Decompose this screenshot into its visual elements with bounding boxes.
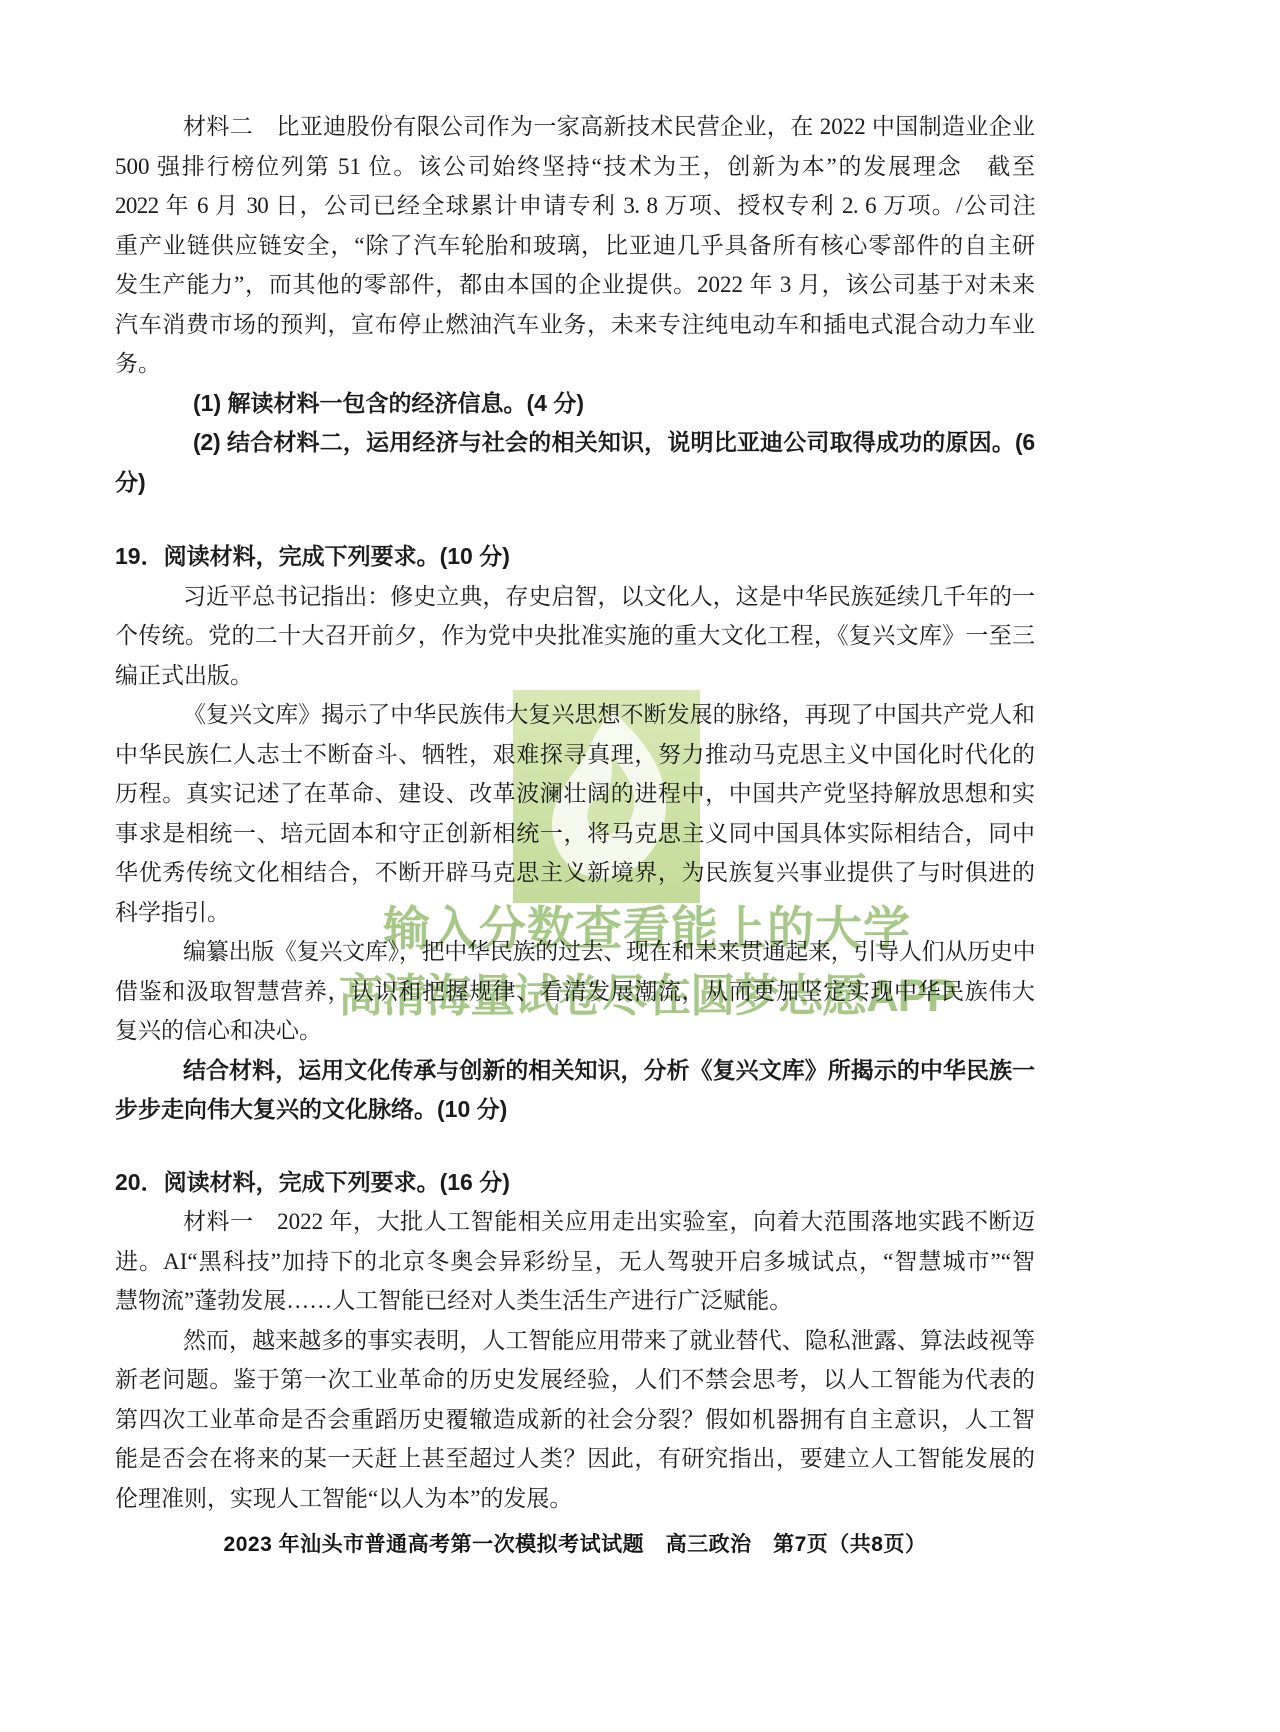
question-20-line: 慧物流”蓬勃发展……人工智能已经对人类生活生产进行广泛赋能。	[115, 1281, 1035, 1321]
question-20-line: 新老问题。鉴于第一次工业革命的历史发展经验，人们不禁会思考，以人工智能为代表的	[115, 1360, 1035, 1400]
question-19-line: 中华民族仁人志士不断奋斗、牺牲，艰难探寻真理，努力推动马克思主义中国化时代化的	[115, 735, 1035, 775]
question-19-line: 习近平总书记指出：修史立典，存史启智，以文化人，这是中华民族延续几千年的一	[115, 577, 1035, 617]
question-18-line: (1) 解读材料一包含的经济信息。(4 分)	[115, 384, 1035, 424]
document-text: 材料二 比亚迪股份有限公司作为一家高新技术民营企业，在 2022 中国制造业企业…	[115, 107, 1035, 1565]
question-18-line: 500 强排行榜位列第 51 位。该公司始终坚持“技术为王，创新为本”的发展理念…	[115, 147, 1035, 187]
question-20-line: 材料一 2022 年，大批人工智能相关应用走出实验室，向着大范围落地实践不断迈	[115, 1202, 1035, 1242]
page-footer: 2023 年汕头市普通高考第一次模拟考试试题 高三政治 第7页（共8页）	[115, 1525, 1035, 1565]
question-19-line: 个传统。党的二十大召开前夕，作为党中央批准实施的重大文化工程，《复兴文库》一至三	[115, 616, 1035, 656]
question-19-line: 19．阅读材料，完成下列要求。(10 分)	[115, 537, 1035, 577]
scanned-exam-page: 输入分数查看能上的大学 高清海量试卷尽在圆梦志愿APP 材料二 比亚迪股份有限公…	[0, 0, 1280, 1732]
question-20-line: 能是否会在将来的某一天赶上甚至超过人类？因此，有研究指出，要建立人工智能发展的	[115, 1439, 1035, 1479]
question-19-line: 《复兴文库》揭示了中华民族伟大复兴思想不断发展的脉络，再现了中国共产党人和	[115, 695, 1035, 735]
question-19-line: 编正式出版。	[115, 656, 1035, 696]
question-18-line: 材料二 比亚迪股份有限公司作为一家高新技术民营企业，在 2022 中国制造业企业	[115, 107, 1035, 147]
question-19-line: 华优秀传统文化相结合，不断开辟马克思主义新境界，为民族复兴事业提供了与时俱进的	[115, 853, 1035, 893]
question-20-line: 进。AI“黑科技”加持下的北京冬奥会异彩纷呈，无人驾驶开启多城试点，“智慧城市”…	[115, 1242, 1035, 1282]
question-18-line: 2022 年 6 月 30 日，公司已经全球累计申请专利 3. 8 万项、授权专…	[115, 186, 1035, 226]
question-20-line: 伦理准则，实现人工智能“以人为本”的发展。	[115, 1479, 1035, 1519]
question-19: 19．阅读材料，完成下列要求。(10 分)习近平总书记指出：修史立典，存史启智，…	[115, 537, 1035, 1130]
question-18-line: 发生产能力”，而其他的零部件，都由本国的企业提供。2022 年 3 月，该公司基…	[115, 265, 1035, 305]
question-19-line: 结合材料，运用文化传承与创新的相关知识，分析《复兴文库》所揭示的中华民族一	[115, 1051, 1035, 1091]
question-18: 材料二 比亚迪股份有限公司作为一家高新技术民营企业，在 2022 中国制造业企业…	[115, 107, 1035, 502]
question-20-line: 然而，越来越多的事实表明，人工智能应用带来了就业替代、隐私泄露、算法歧视等	[115, 1321, 1035, 1361]
question-19-line: 事求是相统一、培元固本和守正创新相统一，将马克思主义同中国具体实际相结合，同中	[115, 814, 1035, 854]
question-19-line: 科学指引。	[115, 893, 1035, 933]
question-19-line: 复兴的信心和决心。	[115, 1011, 1035, 1051]
question-18-line: 汽车消费市场的预判，宣布停止燃油汽车业务，未来专注纯电动车和插电式混合动力车业	[115, 305, 1035, 345]
question-19-line: 编纂出版《复兴文库》，把中华民族的过去、现在和未来贯通起来，引导人们从历史中	[115, 932, 1035, 972]
question-18-line: 重产业链供应链安全，“除了汽车轮胎和玻璃，比亚迪几乎具备所有核心零部件的自主研	[115, 226, 1035, 266]
question-18-line: 分)	[115, 463, 1035, 503]
question-18-line: 务。	[115, 344, 1035, 384]
question-20-line: 第四次工业革命是否会重蹈历史覆辙造成新的社会分裂？假如机器拥有自主意识，人工智	[115, 1400, 1035, 1440]
question-20: 20．阅读材料，完成下列要求。(16 分)材料一 2022 年，大批人工智能相关…	[115, 1163, 1035, 1519]
question-19-line: 借鉴和汲取智慧营养，认识和把握规律、看清发展潮流，从而更加坚定实现中华民族伟大	[115, 972, 1035, 1012]
question-20-line: 20．阅读材料，完成下列要求。(16 分)	[115, 1163, 1035, 1203]
question-19-line: 历程。真实记述了在革命、建设、改革波澜壮阔的进程中，中国共产党坚持解放思想和实	[115, 774, 1035, 814]
question-18-line: (2) 结合材料二，运用经济与社会的相关知识，说明比亚迪公司取得成功的原因。(6	[115, 423, 1035, 463]
question-19-line: 步步走向伟大复兴的文化脉络。(10 分)	[115, 1090, 1035, 1130]
